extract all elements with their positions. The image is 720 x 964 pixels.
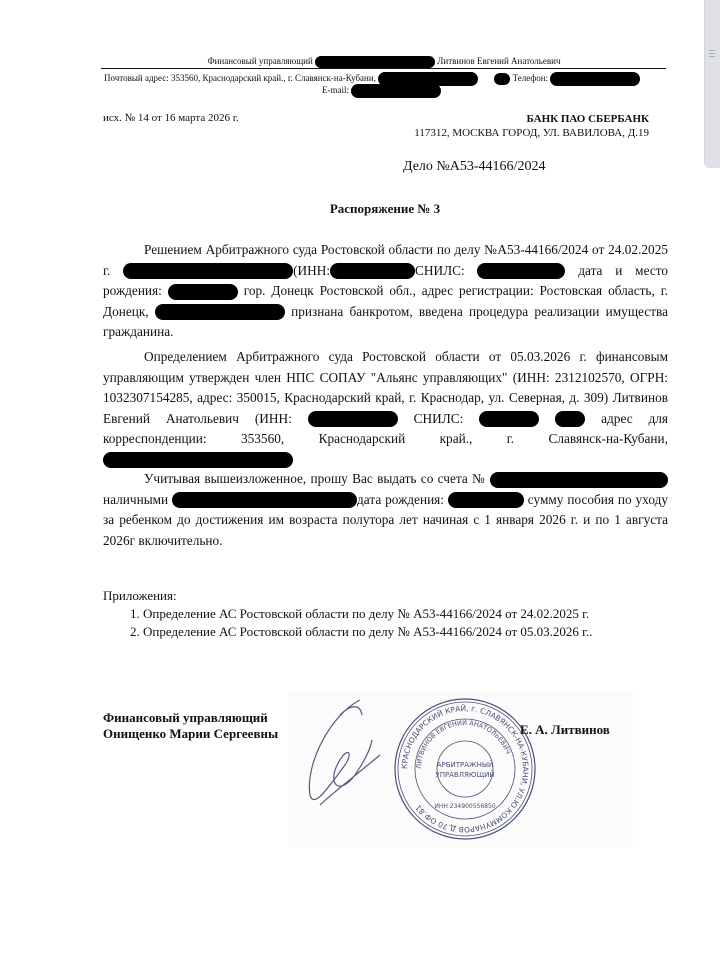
redaction [315, 56, 435, 68]
recipient-block: БАНК ПАО СБЕРБАНК 117312, МОСКВА ГОРОД, … [414, 112, 649, 140]
grip-icon [709, 50, 715, 59]
redaction [494, 73, 510, 85]
signer-name: Е. А. Литвинов [520, 722, 610, 738]
svg-text:АРБИТРАЖНЫЙ: АРБИТРАЖНЫЙ [437, 760, 494, 769]
redaction [103, 452, 293, 468]
paragraph-decision: Решением Арбитражного суда Ростовской об… [103, 240, 668, 343]
paragraph-request: Учитывая вышеизложенное, прошу Вас выдат… [103, 469, 668, 551]
redaction [448, 492, 524, 508]
redaction [155, 304, 285, 320]
paragraph-appointment: Определением Арбитражного суда Ростовско… [103, 347, 668, 470]
letterhead-manager: Финансовый управляющий Литвинов Евгений … [104, 56, 664, 68]
redaction [490, 472, 668, 488]
redaction [555, 411, 585, 427]
letterhead-email: E-mail: [322, 84, 441, 98]
appendix-item: Определение АС Ростовской области по дел… [143, 605, 593, 623]
redaction [351, 84, 441, 98]
scrollbar-track[interactable] [704, 0, 720, 964]
outgoing-number: исх. № 14 от 16 марта 2026 г. [103, 112, 239, 124]
appendix-label: Приложения: [103, 587, 593, 605]
document-page: Финансовый управляющий Литвинов Евгений … [0, 0, 704, 964]
redaction [308, 411, 398, 427]
appendix-list: Определение АС Ростовской области по дел… [103, 605, 593, 641]
document-title: Распоряжение № 3 [0, 201, 704, 217]
scrollbar-thumb[interactable] [704, 0, 720, 168]
stamp-seal-icon: КРАСНОДАРСКИЙ КРАЙ, г. СЛАВЯНСК-НА-КУБАН… [392, 696, 538, 842]
svg-text:УПРАВЛЯЮЩИЙ: УПРАВЛЯЮЩИЙ [435, 770, 494, 779]
recipient-address: 117312, МОСКВА ГОРОД, УЛ. ВАВИЛОВА, Д.19 [414, 127, 649, 139]
redaction [172, 492, 357, 508]
redaction [330, 263, 415, 279]
redaction [477, 263, 565, 279]
appendix-item: Определение АС Ростовской области по дел… [143, 623, 593, 641]
letterhead-divider [101, 68, 666, 69]
signature-role: Финансовый управляющий Онищенко Марии Се… [103, 710, 278, 742]
recipient-name: БАНК ПАО СБЕРБАНК [527, 113, 650, 125]
case-number: Дело №А53-44166/2024 [403, 159, 545, 175]
svg-text:ИНН 234900556850: ИНН 234900556850 [434, 803, 495, 810]
redaction [168, 284, 238, 300]
appendix: Приложения: Определение АС Ростовской об… [103, 587, 593, 641]
redaction [550, 72, 640, 86]
redaction [479, 411, 539, 427]
redaction [123, 263, 293, 279]
